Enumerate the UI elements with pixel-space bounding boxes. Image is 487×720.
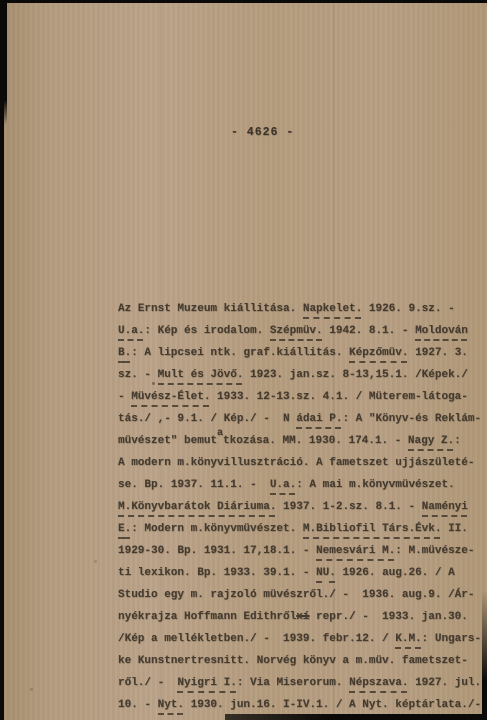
- text-segment: 1926. 9.sz. -: [362, 303, 454, 315]
- text-line: ti lexikon. Bp. 1933. 39.1. - NU. 1926. …: [118, 564, 478, 586]
- underlined-text: U.a.: [270, 479, 296, 491]
- underlined-text: NU.: [316, 567, 336, 579]
- text-segment: : Kép és irodalom.: [144, 325, 269, 337]
- text-segment: repr./ - 1933. jan.30.: [309, 611, 467, 623]
- text-segment: : M.müvésze-: [395, 545, 474, 557]
- underlined-text: Nemesvári M.: [316, 545, 395, 557]
- text-line: /Kép a mellékletben./ - 1939. febr.12. /…: [118, 630, 478, 652]
- text-segment: Az Ernst Muzeum kiállitása.: [118, 303, 303, 315]
- inserted-correction: a: [217, 428, 223, 439]
- text-line: Studio egy m. rajzoló müvészről./ - 1936…: [118, 586, 478, 608]
- text-line: nyékrajza Hoffmann Edithrőlxí repr./ - 1…: [118, 608, 478, 630]
- text-segment: ke Kunstnertresnitt. Norvég könyv a m.mü…: [118, 655, 468, 667]
- text-line: M.Könyvbarátok Diáriuma. 1937. 1-2.sz. 8…: [118, 498, 478, 520]
- text-line: sz. - Mult és Jövő. 1923. jan.sz. 8-13,1…: [118, 366, 478, 388]
- text-segment: se. Bp. 1937. 11.1. -: [118, 479, 270, 491]
- text-segment: 1923. jan.sz. 8-13,15.1. /Képek./: [243, 369, 467, 381]
- underlined-text: ádai P.: [296, 413, 342, 425]
- text-segment: 1930. jun.16. I-IV.1. / A Nyt. képtárlat…: [184, 699, 481, 711]
- text-segment: II.: [441, 523, 467, 535]
- text-segment: ről./ -: [118, 677, 177, 689]
- text-segment: 1942. 8.1. -: [323, 325, 415, 337]
- text-segment: 10. -: [118, 699, 158, 711]
- text-segment: tás./ ,- 9.1. / Kép./ - N: [118, 413, 296, 425]
- text-line: E.: Modern m.könyvmüvészet. M.Bibliofil …: [118, 520, 478, 542]
- text-segment: -: [118, 391, 131, 403]
- underlined-text: Napkelet.: [303, 303, 362, 315]
- text-line: se. Bp. 1937. 11.1. - U.a.: A mai m.köny…: [118, 476, 478, 498]
- underlined-text: Népszava.: [349, 677, 408, 689]
- scan-edge-top: [0, 0, 487, 3]
- text-segment: : Ungars-: [422, 633, 481, 645]
- underlined-text: K.M.: [395, 633, 421, 645]
- text-line: U.a.: Kép és irodalom. Szépmüv. 1942. 8.…: [118, 322, 478, 344]
- text-segment: /Kép a mellékletben./ - 1939. febr.12. /: [118, 633, 395, 645]
- text-line: ről./ - Nyigri I.: Via Miserorum. Népsza…: [118, 674, 478, 696]
- text-segment: 1929-30. Bp. 1931. 17,18.1. -: [118, 545, 316, 557]
- underlined-text: Naményi: [422, 501, 468, 513]
- underlined-text: Mult és Jövő.: [158, 369, 244, 381]
- text-segment: 1937. 1-2.sz. 8.1. -: [276, 501, 421, 513]
- text-segment: ti lexikon. Bp. 1933. 39.1. -: [118, 567, 316, 579]
- scan-edge-right-bottom: [482, 590, 487, 720]
- ink-speck: [30, 688, 33, 691]
- text-line: 1929-30. Bp. 1931. 17,18.1. - Nemesvári …: [118, 542, 478, 564]
- struck-text: xí: [296, 611, 309, 623]
- text-segment: : A lipcsei ntk. graf.kiállitás.: [131, 347, 349, 359]
- text-segment: Studio egy m. rajzoló müvészről./ - 1936…: [118, 589, 474, 601]
- underlined-text: M.Bibliofil Társ.Évk.: [303, 523, 442, 535]
- text-line: A modern m.könyvillusztráció. A fametsze…: [118, 454, 478, 476]
- text-line: müvészet" bemutatkozása. MM. 1930. 174.1…: [118, 432, 478, 454]
- text-segment: : A mai m.könyvmüvészet.: [296, 479, 454, 491]
- underlined-text: M.Könyvbarátok Diáriuma.: [118, 501, 276, 513]
- text-line: B.: A lipcsei ntk. graf.kiállitás. Képző…: [118, 344, 478, 366]
- text-segment: : A "Könyv-és Reklám-: [342, 413, 481, 425]
- underlined-text: U.a.: [118, 325, 144, 337]
- text-segment: : Via Miserorum.: [237, 677, 349, 689]
- page-number: - 4626 -: [231, 126, 294, 139]
- underlined-text: Moldován: [415, 325, 468, 337]
- scan-edge-left-top: [0, 0, 7, 125]
- text-segment: tkozása. MM. 1930. 174.1. -: [223, 435, 408, 447]
- ink-speck: [94, 560, 97, 563]
- document-text: Az Ernst Muzeum kiállitása. Napkelet. 19…: [118, 300, 478, 718]
- text-segment: müvészet" bemut: [118, 435, 217, 447]
- text-segment: 1927. 3.: [408, 347, 467, 359]
- underlined-text: Képzőmüv.: [349, 347, 408, 359]
- underlined-text: Nyigri I.: [177, 677, 236, 689]
- text-line: 10. - Nyt. 1930. jun.16. I-IV.1. / A Nyt…: [118, 696, 478, 718]
- scanned-document-page: - 4626 - Az Ernst Muzeum kiállitása. Nap…: [0, 0, 487, 720]
- text-segment: 1927. jul.: [408, 677, 481, 689]
- underlined-text: B.: [118, 347, 131, 359]
- text-line: ke Kunstnertresnitt. Norvég könyv a m.mü…: [118, 652, 478, 674]
- text-line: tás./ ,- 9.1. / Kép./ - N ádai P.: A "Kö…: [118, 410, 478, 432]
- text-segment: A modern m.könyvillusztráció. A fametsze…: [118, 457, 474, 469]
- text-segment: :: [454, 435, 461, 447]
- text-line: Az Ernst Muzeum kiállitása. Napkelet. 19…: [118, 300, 478, 322]
- underlined-text: Szépmüv.: [270, 325, 323, 337]
- text-segment: 1933. 12-13.sz. 4.1. / Müterem-látoga-: [210, 391, 467, 403]
- text-segment: nyékrajza Hoffmann Edithről: [118, 611, 296, 623]
- underlined-text: E.: [118, 523, 131, 535]
- underlined-text: Müvész-Élet.: [131, 391, 210, 403]
- underlined-text: Nyt.: [158, 699, 184, 711]
- text-segment: : Modern m.könyvmüvészet.: [131, 523, 303, 535]
- text-segment: sz. -: [118, 369, 158, 381]
- text-line: - Müvész-Élet. 1933. 12-13.sz. 4.1. / Mü…: [118, 388, 478, 410]
- underlined-text: Nagy Z.: [408, 435, 454, 447]
- text-segment: 1926. aug.26. / A: [336, 567, 455, 579]
